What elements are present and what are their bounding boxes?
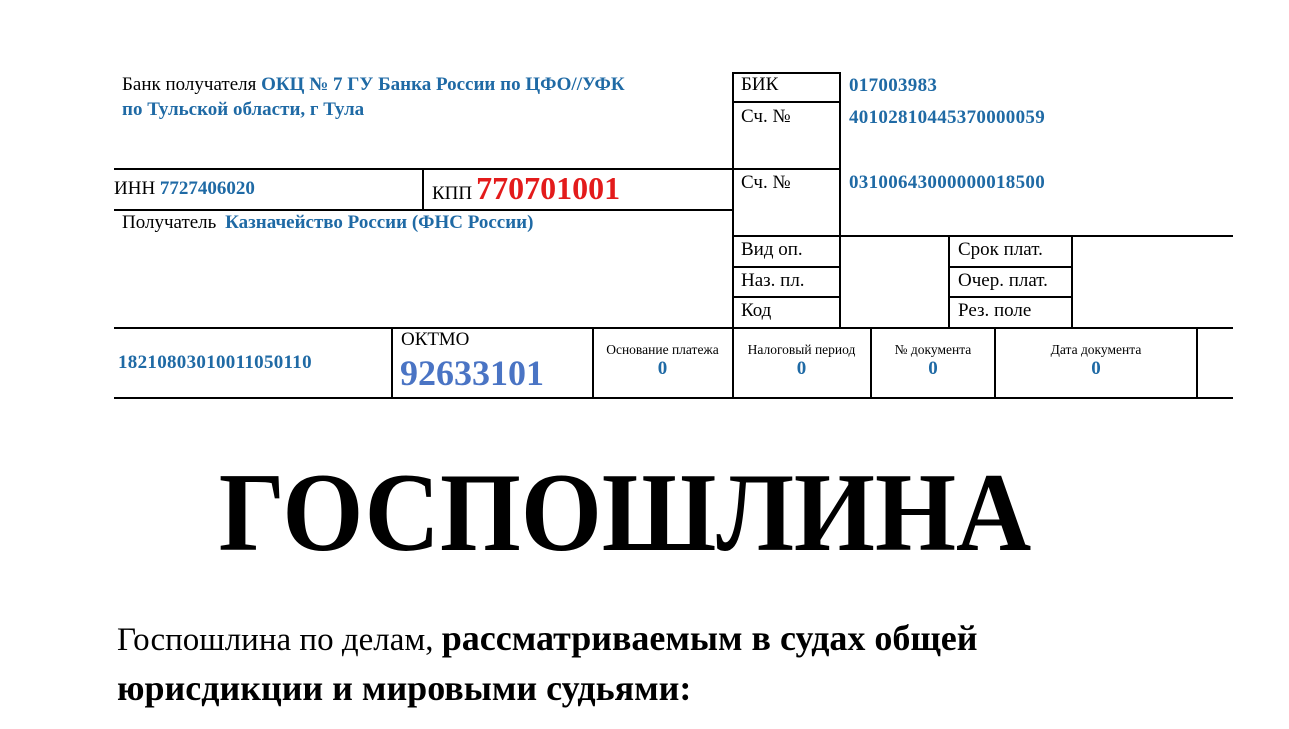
inn-label: ИНН [114, 178, 155, 199]
bik-label: БИК [741, 74, 778, 96]
account1-label: Сч. № [741, 106, 791, 128]
account1-value: 40102810445370000059 [849, 107, 1045, 129]
bank-value-line2: по Тульской области, г Тула [122, 99, 364, 121]
divider [732, 266, 840, 268]
kpp-value: 770701001 [476, 170, 620, 206]
divider [948, 266, 1072, 268]
tax-period-field: Налоговый период 0 [732, 342, 871, 380]
bank-value: ОКЦ № 7 ГУ Банка России по ЦФО//УФК [261, 74, 625, 95]
divider [839, 72, 841, 328]
divider [732, 101, 840, 103]
description: Госпошлина по делам, рассматриваемым в с… [117, 614, 978, 714]
account2-value: 03100643000000018500 [849, 172, 1045, 194]
kbk-value: 18210803010011050110 [118, 352, 312, 374]
document-date-label: Дата документа [995, 342, 1197, 358]
divider [114, 209, 733, 211]
operation-type-label: Вид оп. [741, 239, 803, 261]
divider [732, 235, 1233, 237]
inn-value: 7727406020 [160, 178, 255, 199]
document-number-value: 0 [871, 358, 995, 380]
oktmo-value: 92633101 [400, 352, 544, 394]
kpp-label: КПП [432, 183, 472, 204]
inn-field: ИНН 7727406020 [114, 178, 255, 200]
divider [948, 296, 1072, 298]
bank-field: Банк получателя ОКЦ № 7 ГУ Банка России … [122, 74, 625, 96]
bank-label: Банк получателя [122, 74, 256, 95]
oktmo-label: ОКТМО [401, 329, 469, 351]
recipient-label: Получатель [122, 212, 216, 233]
document-number-field: № документа 0 [871, 342, 995, 380]
description-bold-1: рассматриваемым в судах общей [442, 618, 978, 658]
payment-order-label: Очер. плат. [958, 270, 1048, 292]
payment-basis-field: Основание платежа 0 [593, 342, 732, 380]
payment-purpose-label: Наз. пл. [741, 270, 805, 292]
recipient-field: Получатель Казначейство России (ФНС Росс… [122, 212, 533, 234]
payment-basis-label: Основание платежа [593, 342, 732, 358]
document-date-value: 0 [995, 358, 1197, 380]
payment-term-label: Срок плат. [958, 239, 1043, 261]
code-label: Код [741, 300, 771, 322]
divider [114, 168, 733, 170]
payment-basis-value: 0 [593, 358, 732, 380]
kpp-field: КПП 770701001 [432, 170, 620, 207]
divider [948, 235, 950, 328]
reserve-field-label: Рез. поле [958, 300, 1031, 322]
divider [114, 397, 1233, 399]
divider [391, 327, 393, 398]
divider [422, 168, 424, 210]
divider [732, 168, 840, 170]
bik-value: 017003983 [849, 75, 937, 97]
page-heading: ГОСПОШЛИНА [0, 452, 1250, 575]
account2-label: Сч. № [741, 172, 791, 194]
document-number-label: № документа [871, 342, 995, 358]
description-bold-2: юрисдикции и мировыми судьями: [117, 668, 691, 708]
description-normal: Госпошлина по делам, [117, 622, 442, 658]
divider [732, 296, 840, 298]
recipient-value: Казначейство России (ФНС России) [225, 212, 533, 233]
divider [1071, 235, 1073, 328]
tax-period-value: 0 [732, 358, 871, 380]
tax-period-label: Налоговый период [732, 342, 871, 358]
document-date-field: Дата документа 0 [995, 342, 1197, 380]
divider [114, 327, 1233, 329]
